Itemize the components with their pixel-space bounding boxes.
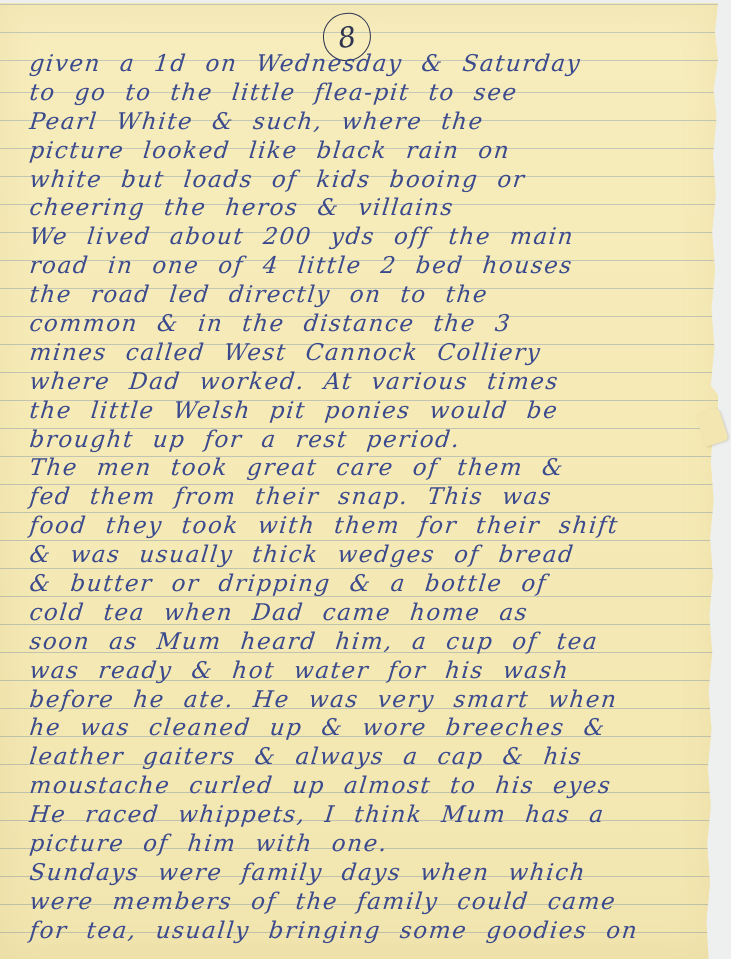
text-line: common & in the distance the 3 bbox=[28, 310, 721, 339]
handwritten-text-body: given a 1d on Wednesday & Saturday to go… bbox=[28, 50, 718, 946]
text-line: & was usually thick wedges of bread bbox=[28, 541, 721, 570]
text-line: food they took with them for their shift bbox=[28, 512, 721, 541]
text-line: Pearl White & such, where the bbox=[28, 108, 721, 137]
text-line: leather gaiters & always a cap & his bbox=[28, 743, 721, 772]
text-line: for tea, usually bringing some goodies o… bbox=[28, 917, 721, 946]
text-line: before he ate. He was very smart when bbox=[28, 686, 721, 715]
text-line: brought up for a rest period. bbox=[28, 426, 721, 455]
text-line: We lived about 200 yds off the main bbox=[28, 223, 721, 252]
text-line: picture of him with one. bbox=[28, 830, 721, 859]
text-line: to go to the little flea-pit to see bbox=[28, 79, 721, 108]
text-line: he was cleaned up & wore breeches & bbox=[28, 714, 721, 743]
text-line: picture looked like black rain on bbox=[28, 137, 721, 166]
text-line: road in one of 4 little 2 bed houses bbox=[28, 252, 721, 281]
text-line: were members of the family could came bbox=[28, 888, 721, 917]
text-line: where Dad worked. At various times bbox=[28, 368, 721, 397]
text-line: He raced whippets, I think Mum has a bbox=[28, 801, 721, 830]
text-line: Sundays were family days when which bbox=[28, 859, 721, 888]
text-line: soon as Mum heard him, a cup of tea bbox=[28, 628, 721, 657]
text-line: & butter or dripping & a bottle of bbox=[28, 570, 721, 599]
text-line: The men took great care of them & bbox=[28, 454, 721, 483]
handwritten-page: 8 given a 1d on Wednesday & Saturday to … bbox=[0, 3, 718, 959]
text-line: the road led directly on to the bbox=[28, 281, 721, 310]
text-line: cheering the heros & villains bbox=[28, 194, 721, 223]
text-line: was ready & hot water for his wash bbox=[28, 657, 721, 686]
text-line: moustache curled up almost to his eyes bbox=[28, 772, 721, 801]
text-line: cold tea when Dad came home as bbox=[28, 599, 721, 628]
text-line: given a 1d on Wednesday & Saturday bbox=[28, 50, 721, 79]
text-line: the little Welsh pit ponies would be bbox=[28, 397, 721, 426]
text-line: mines called West Cannock Colliery bbox=[28, 339, 721, 368]
text-line: fed them from their snap. This was bbox=[28, 483, 721, 512]
text-line: white but loads of kids booing or bbox=[28, 166, 721, 195]
